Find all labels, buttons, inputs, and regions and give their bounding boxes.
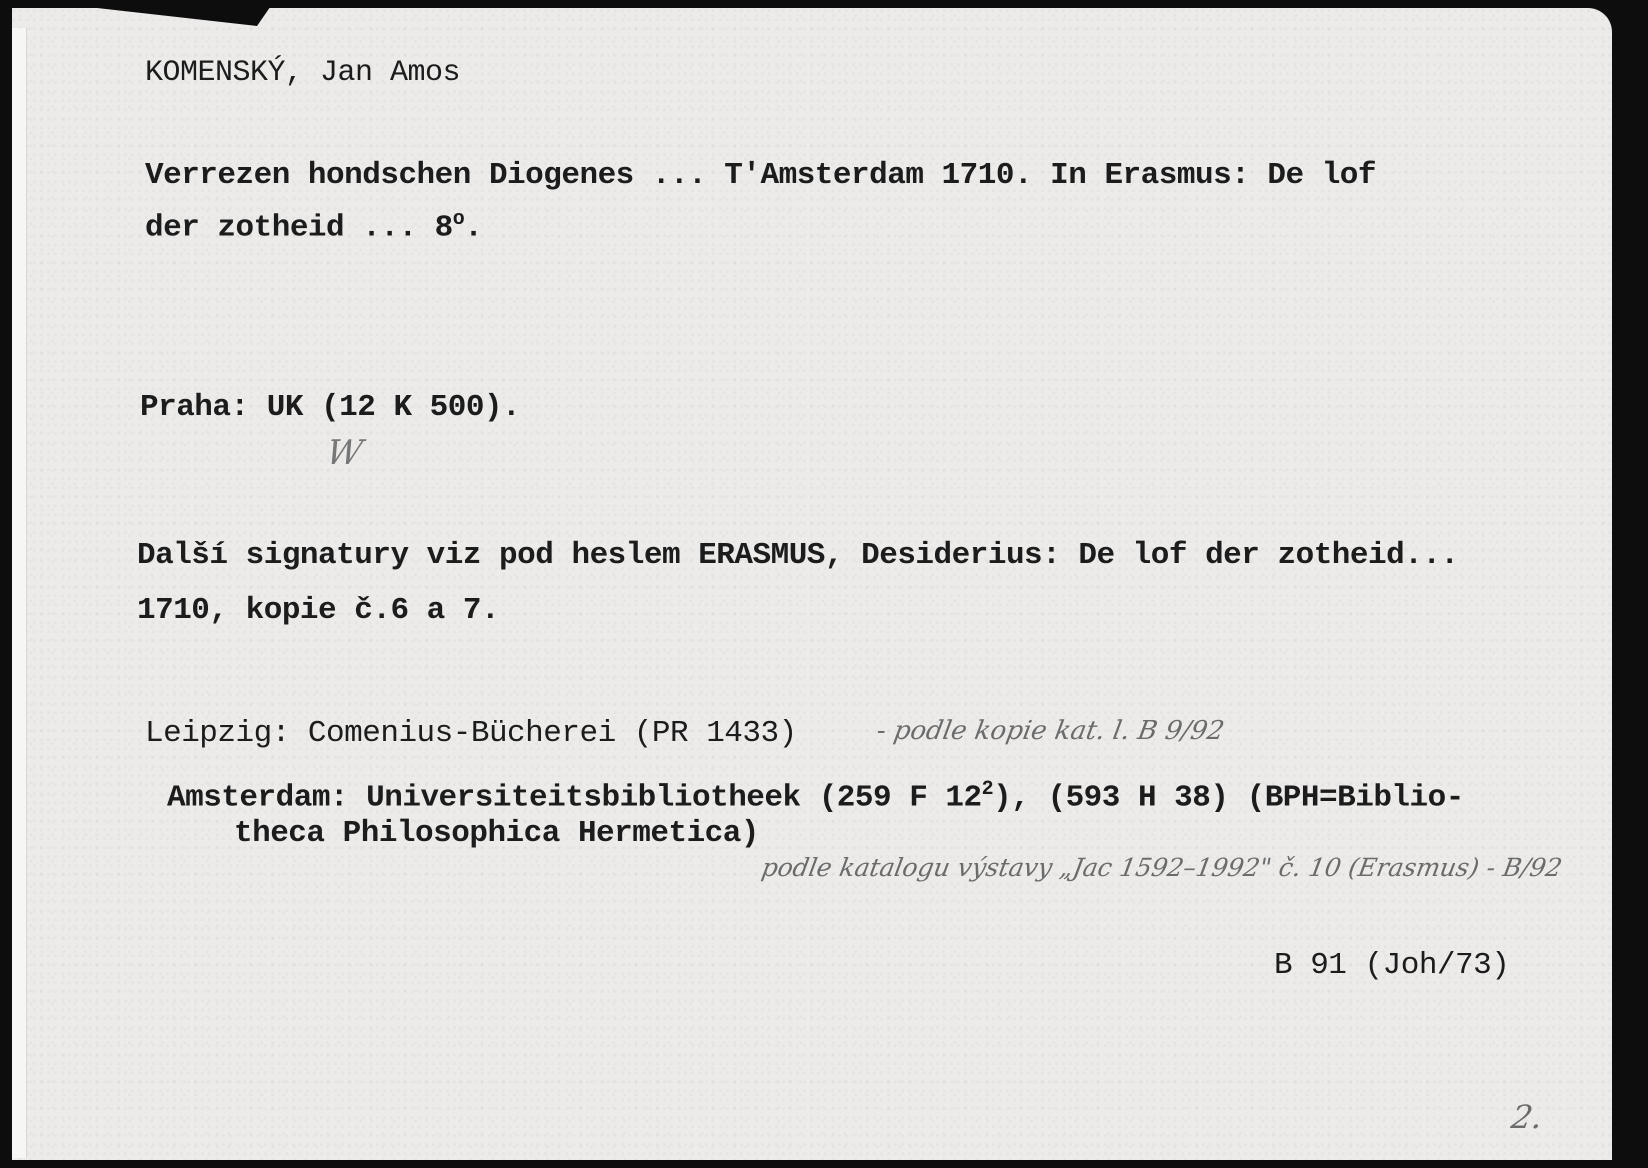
catalog-card: KOMENSKÝ, Jan Amos Verrezen hondschen Di… <box>12 8 1612 1160</box>
handwritten-note-leipzig: - podle kopie kat. l. B 9/92 <box>874 716 1226 746</box>
see-also-line-1: Další signatury viz pod heslem ERASMUS, … <box>137 538 1459 573</box>
handwritten-mark: W <box>323 433 365 473</box>
holding-praha: Praha: UK (12 K 500). <box>140 390 520 425</box>
card-heading: KOMENSKÝ, Jan Amos <box>145 56 460 90</box>
card-edge <box>12 28 27 1158</box>
title-line-2: der zotheid ... 8o. <box>145 208 482 245</box>
holding-leipzig: Leipzig: Comenius-Bücherei (PR 1433) <box>145 716 797 751</box>
holding-amsterdam-line-2: theca Philosophica Hermetica) <box>234 816 759 851</box>
page-number: 2. <box>1509 1098 1546 1136</box>
handwritten-note-amsterdam: podle katalogu výstavy „Jac 1592–1992" č… <box>759 853 1564 882</box>
shelfmark: B 91 (Joh/73) <box>1274 948 1509 983</box>
holding-amsterdam-line-1: Amsterdam: Universiteitsbibliotheek (259… <box>167 778 1464 815</box>
title-line-1: Verrezen hondschen Diogenes ... T'Amster… <box>145 158 1376 193</box>
see-also-line-2: 1710, kopie č.6 a 7. <box>137 593 499 628</box>
